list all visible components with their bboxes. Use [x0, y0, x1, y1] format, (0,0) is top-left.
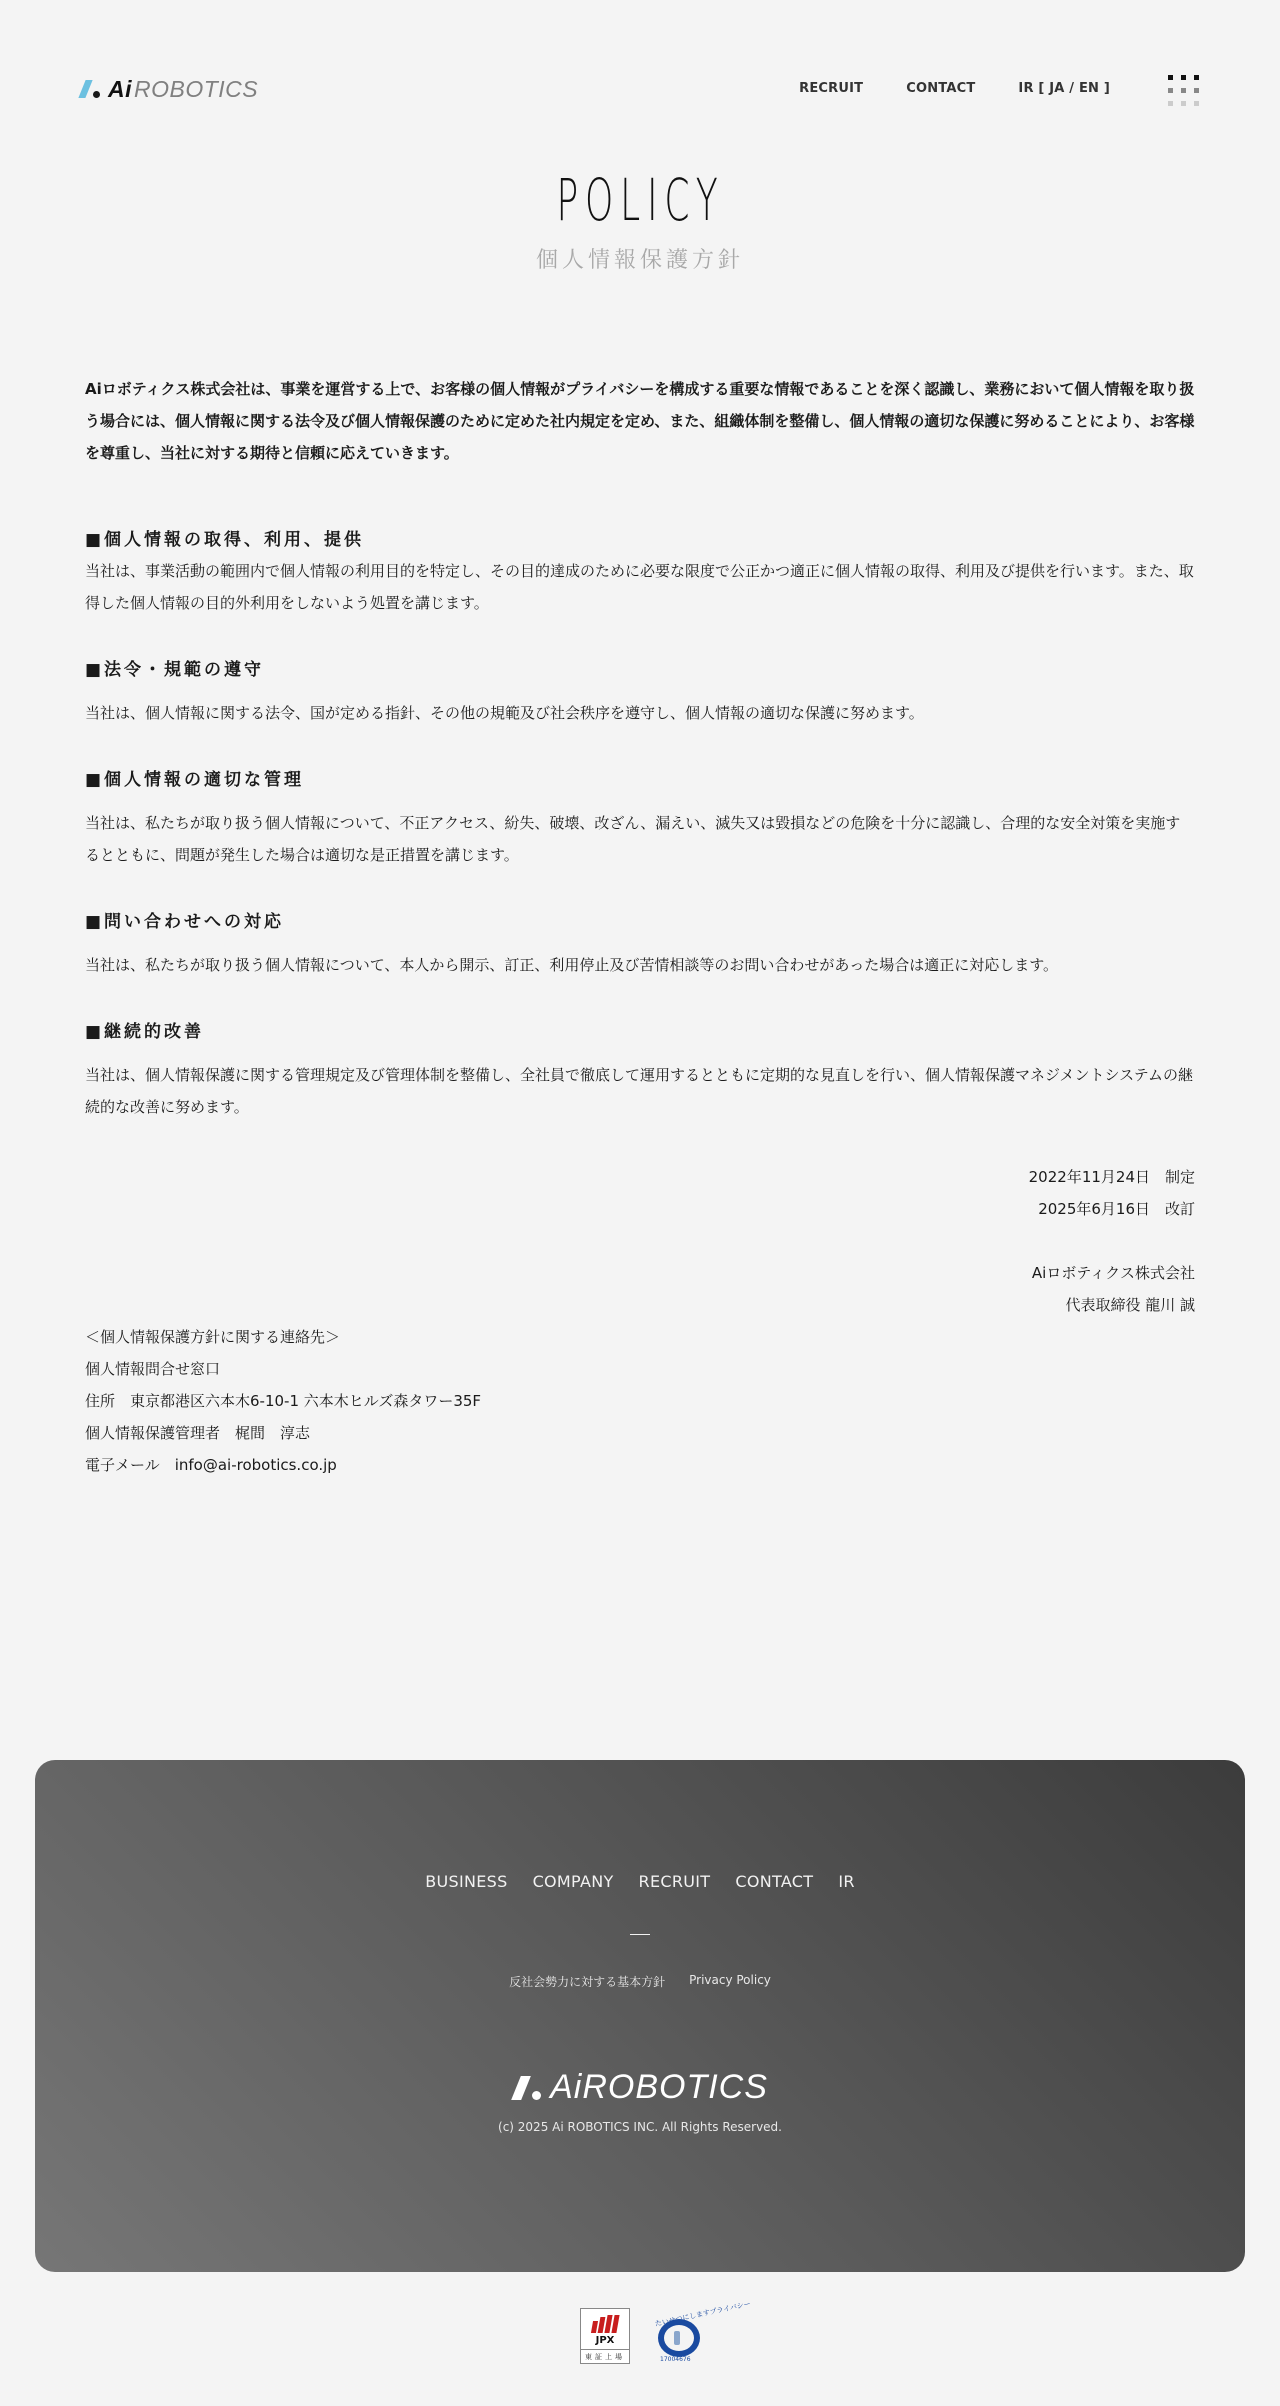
section-title: ■個人情報の適切な管理	[85, 767, 1195, 793]
footer-links: 反社会勢力に対する基本方針 Privacy Policy	[35, 1973, 1245, 1990]
jpx-badge[interactable]: JPX 東証上場	[580, 2308, 630, 2364]
site-logo[interactable]: Ai ROBOTICS	[80, 76, 258, 102]
contact-email: 電子メール info@ai-robotics.co.jp	[85, 1449, 1195, 1481]
section-improvement: ■継続的改善 当社は、個人情報保護に関する管理規定及び管理体制を整備し、全社員で…	[85, 1019, 1195, 1123]
footer-nav-ir[interactable]: IR	[838, 1872, 854, 1891]
section-acquisition: ■個人情報の取得、利用、提供 当社は、事業活動の範囲内で個人情報の利用目的を特定…	[85, 527, 1195, 619]
logo-text-ai: Ai	[108, 76, 132, 103]
nav-contact[interactable]: CONTACT	[906, 81, 975, 96]
established-date: 2022年11月24日 制定	[85, 1161, 1195, 1193]
footer-logo-text: AiROBOTICS	[550, 2068, 768, 2107]
section-body: 当社は、私たちが取り扱う個人情報について、本人から開示、訂正、利用停止及び苦情相…	[85, 949, 1195, 981]
privacy-mark-number: 17004676	[660, 2356, 691, 2363]
contact-heading: ＜個人情報保護方針に関する連絡先＞	[85, 1321, 1195, 1353]
section-title: ■法令・規範の遵守	[85, 657, 1195, 683]
nav-ir-language[interactable]: IR [ JA / EN ]	[1018, 81, 1110, 96]
section-title: ■問い合わせへの対応	[85, 909, 1195, 935]
page-subtitle: 個人情報保護方針	[0, 243, 1280, 274]
revised-date: 2025年6月16日 改訂	[85, 1193, 1195, 1225]
footer-nav-contact[interactable]: CONTACT	[735, 1872, 813, 1891]
copyright: (c) 2025 Ai ROBOTICS INC. All Rights Res…	[35, 2120, 1245, 2134]
section-body: 当社は、個人情報保護に関する管理規定及び管理体制を整備し、全社員で徹底して運用す…	[85, 1059, 1195, 1123]
contact-address: 住所 東京都港区六本木6-10-1 六本木ヒルズ森タワー35F	[85, 1385, 1195, 1417]
logo-mark-icon	[80, 79, 102, 99]
site-footer: BUSINESS COMPANY RECRUIT CONTACT IR 反社会勢…	[35, 1760, 1245, 2272]
grid-menu-icon[interactable]	[1168, 75, 1200, 107]
logo-mark-icon	[512, 2074, 544, 2102]
footer-nav-recruit[interactable]: RECRUIT	[639, 1872, 711, 1891]
jpx-label: JPX	[596, 2335, 615, 2346]
signature: Aiロボティクス株式会社 代表取締役 龍川 誠	[85, 1257, 1195, 1321]
section-inquiries: ■問い合わせへの対応 当社は、私たちが取り扱う個人情報について、本人から開示、訂…	[85, 909, 1195, 981]
antisocial-policy-link[interactable]: 反社会勢力に対する基本方針	[509, 1973, 665, 1990]
footer-logo[interactable]: AiROBOTICS	[35, 2068, 1245, 2107]
page-title: POLICY	[556, 165, 724, 235]
privacy-mark-badge[interactable]: たいせつにしますプライバシー 17004676	[650, 2307, 708, 2365]
privacy-policy-link[interactable]: Privacy Policy	[689, 1973, 771, 1990]
certification-badges: JPX 東証上場 たいせつにしますプライバシー 17004676	[580, 2307, 708, 2365]
jpx-sublabel: 東証上場	[581, 2349, 629, 2362]
nav-recruit[interactable]: RECRUIT	[799, 81, 863, 96]
section-compliance: ■法令・規範の遵守 当社は、個人情報に関する法令、国が定める指針、その他の規範及…	[85, 657, 1195, 729]
header-nav: RECRUIT CONTACT IR [ JA / EN ]	[799, 81, 1110, 96]
representative: 代表取締役 龍川 誠	[85, 1289, 1195, 1321]
footer-nav-company[interactable]: COMPANY	[533, 1872, 614, 1891]
contact-info: ＜個人情報保護方針に関する連絡先＞ 個人情報問合せ窓口 住所 東京都港区六本木6…	[85, 1321, 1195, 1481]
section-title: ■個人情報の取得、利用、提供	[85, 527, 1195, 553]
footer-nav: BUSINESS COMPANY RECRUIT CONTACT IR	[35, 1872, 1245, 1891]
section-body: 当社は、個人情報に関する法令、国が定める指針、その他の規範及び社会秩序を遵守し、…	[85, 697, 1195, 729]
contact-desk: 個人情報問合せ窓口	[85, 1353, 1195, 1385]
section-body: 当社は、私たちが取り扱う個人情報について、不正アクセス、紛失、破壊、改ざん、漏え…	[85, 807, 1195, 871]
intro-paragraph: Aiロボティクス株式会社は、事業を運営する上で、お客様の個人情報がプライバシーを…	[85, 373, 1195, 469]
footer-divider	[630, 1934, 650, 1935]
jpx-logo-icon	[592, 2315, 618, 2333]
footer-nav-business[interactable]: BUSINESS	[425, 1872, 507, 1891]
site-header: Ai ROBOTICS RECRUIT CONTACT IR [ JA / EN…	[0, 0, 1280, 180]
policy-content: Aiロボティクス株式会社は、事業を運営する上で、お客様の個人情報がプライバシーを…	[85, 373, 1195, 1481]
section-body: 当社は、事業活動の範囲内で個人情報の利用目的を特定し、その目的達成のために必要な…	[85, 555, 1195, 619]
section-title: ■継続的改善	[85, 1019, 1195, 1045]
section-management: ■個人情報の適切な管理 当社は、私たちが取り扱う個人情報について、不正アクセス、…	[85, 767, 1195, 871]
contact-manager: 個人情報保護管理者 梶間 淳志	[85, 1417, 1195, 1449]
company-name: Aiロボティクス株式会社	[85, 1257, 1195, 1289]
page-title-block: POLICY 個人情報保護方針	[0, 165, 1280, 274]
policy-dates: 2022年11月24日 制定 2025年6月16日 改訂	[85, 1161, 1195, 1225]
logo-text-robotics: ROBOTICS	[134, 76, 258, 103]
